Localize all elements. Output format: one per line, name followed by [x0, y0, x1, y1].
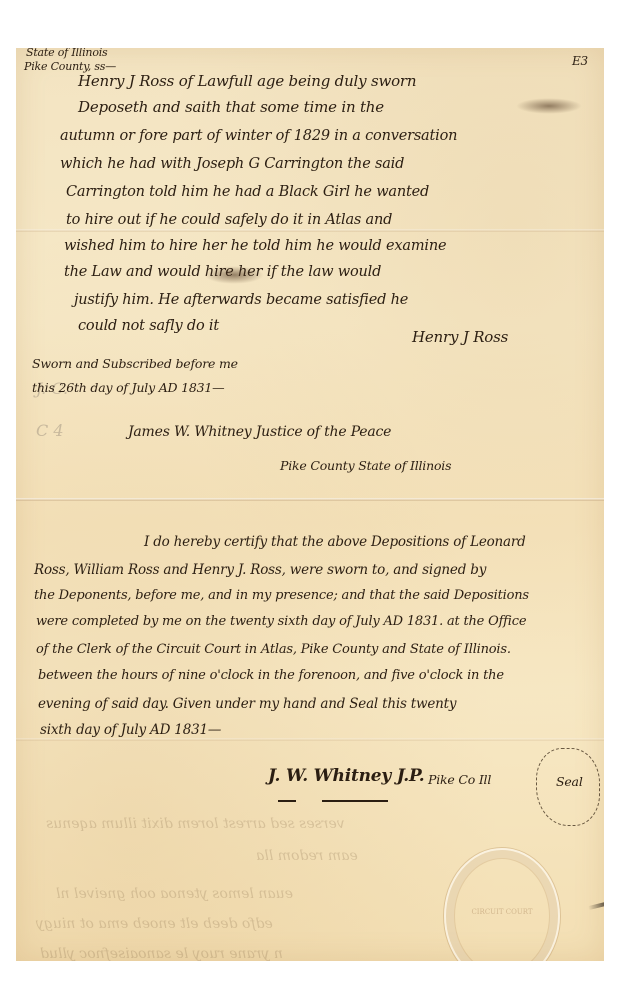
- signature-flourish: [322, 800, 388, 802]
- margin-note: C 4: [36, 420, 68, 442]
- certificate-line: Ross, William Ross and Henry J. Ross, we…: [34, 562, 486, 578]
- bleed-through-text: edfo deeb elt enoeb ema ot niugy: [36, 916, 273, 932]
- certificate-line: I do hereby certify that the above Depos…: [144, 534, 526, 550]
- deposition-line: to hire out if he could safely do it in …: [66, 212, 392, 228]
- paper-fold: [16, 229, 604, 232]
- deposition-line: wished him to hire her he told him he wo…: [64, 238, 446, 254]
- deposition-line: which he had with Joseph G Carrington th…: [60, 156, 404, 172]
- certificate-line: of the Clerk of the Circuit Court in Atl…: [36, 642, 511, 657]
- jurat-line: Sworn and Subscribed before me: [32, 356, 238, 371]
- clerk-signature: J. W. Whitney J.P.: [268, 766, 425, 786]
- deposition-line: Henry J Ross of Lawfull age being duly s…: [78, 72, 416, 90]
- certificate-line: the Deponents, before me, and in my pres…: [34, 588, 529, 603]
- certificate-line: between the hours of nine o'clock in the…: [38, 668, 504, 683]
- jurat-line: this 26th day of July AD 1831—: [32, 380, 224, 395]
- deposition-line: could not safly do it: [78, 318, 219, 334]
- bleed-through-text: n yrane ruoy le sanoaisefnoc yllud: [40, 946, 283, 961]
- clerk-signature-suffix: Pike Co Ill: [428, 772, 491, 787]
- ink-mark: [588, 900, 604, 910]
- embossed-seal: CIRCUIT COURT: [444, 848, 560, 961]
- justice-signature: James W. Whitney Justice of the Peace: [128, 424, 391, 440]
- certificate-line: sixth day of July AD 1831—: [40, 722, 221, 738]
- signature-flourish: [278, 800, 296, 802]
- ink-smudge: [204, 266, 264, 284]
- deposition-line: Deposeth and saith that some time in the: [78, 98, 384, 116]
- bleed-through-text: verses sed arrest lorem dixit illum aqen…: [46, 816, 345, 832]
- certificate-line: were completed by me on the twenty sixth…: [36, 614, 526, 629]
- venue-state: State of Illinois: [26, 48, 108, 59]
- jurat-location: Pike County State of Illinois: [280, 458, 451, 473]
- bleed-through-text: eam redom lla: [256, 848, 358, 864]
- deposition-line: autumn or fore part of winter of 1829 in…: [60, 128, 457, 144]
- paper-fold: [16, 498, 604, 501]
- paper-fold: [16, 738, 604, 741]
- ink-smudge: [516, 98, 582, 114]
- corner-mark: E3: [572, 54, 588, 68]
- embossed-seal-text: CIRCUIT COURT: [446, 908, 558, 916]
- deposition-line: Carrington told him he had a Black Girl …: [66, 184, 429, 200]
- deposition-line: justify him. He afterwards became satisf…: [74, 292, 408, 308]
- certificate-line: evening of said day. Given under my hand…: [38, 696, 456, 712]
- bleed-through-text: euan lemos ytenoa ooh gneivel nl: [56, 886, 293, 902]
- document-page: State of Illinois Pike County, ss— E3 He…: [16, 48, 604, 961]
- seal-label: Seal: [556, 774, 583, 789]
- deponent-signature: Henry J Ross: [412, 328, 508, 346]
